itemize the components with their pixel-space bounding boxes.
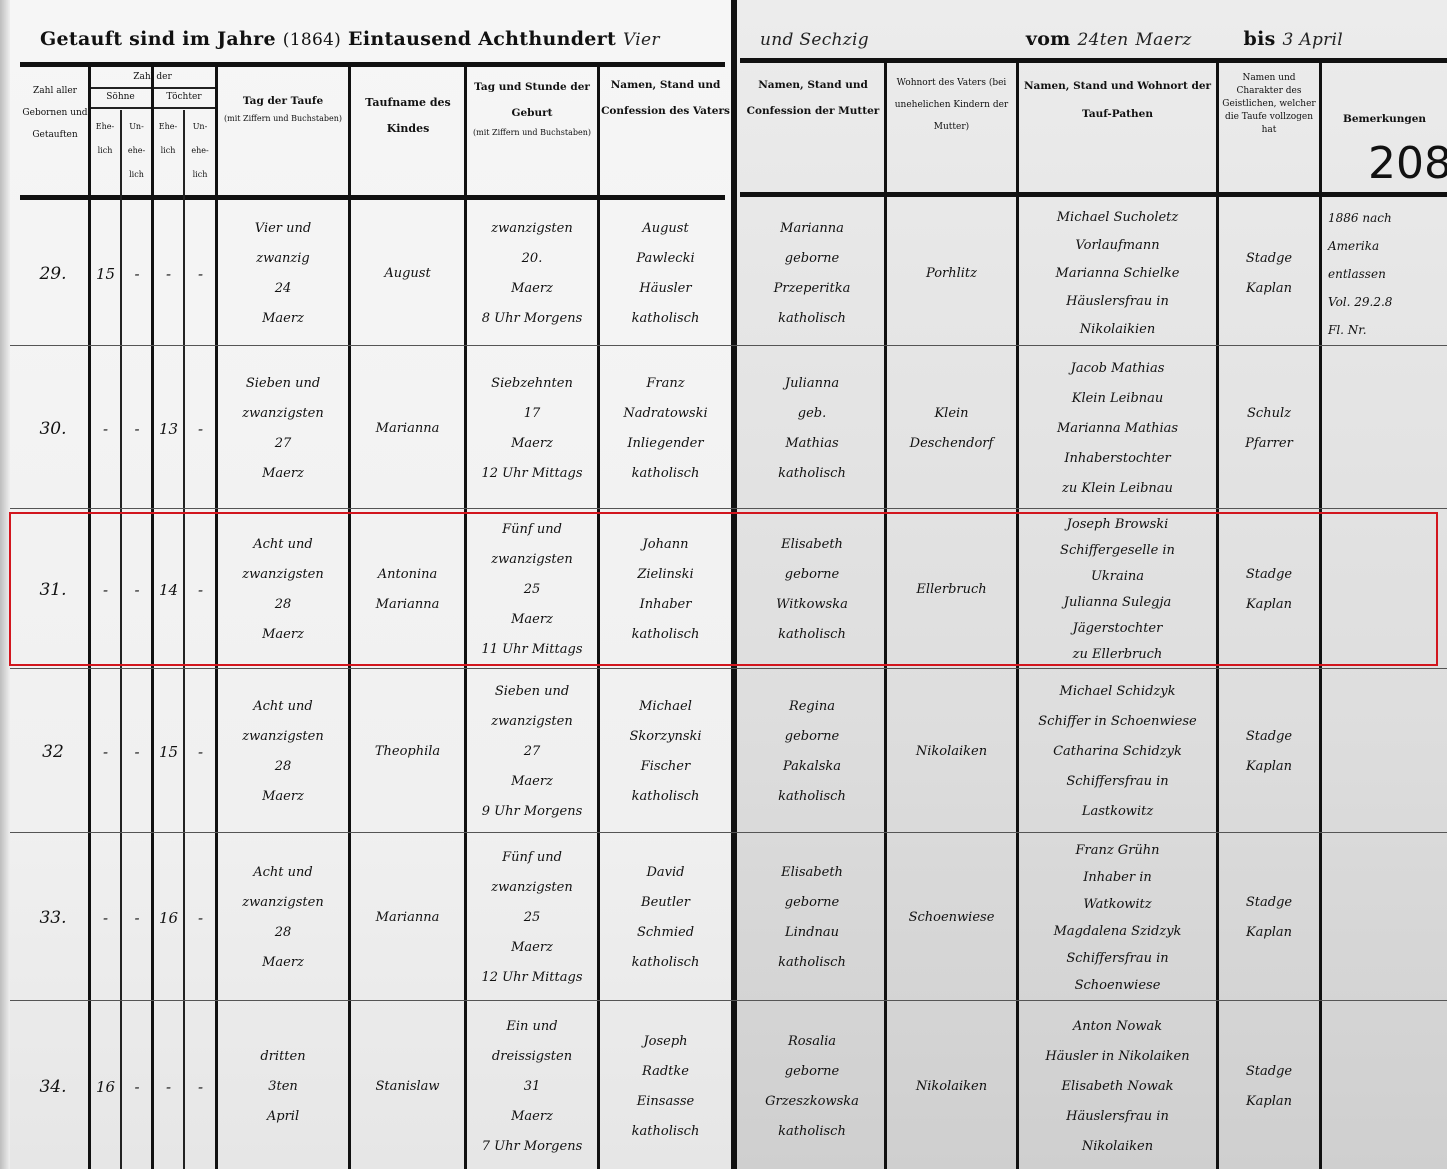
entry-vater-line: David xyxy=(600,858,731,888)
col-divider xyxy=(120,110,122,1169)
entry-bemerkungen xyxy=(1322,836,1447,1000)
entry-wohnort: Nikolaiken xyxy=(887,672,1016,832)
entry-no: 32 xyxy=(18,672,88,832)
entry-mutter-line: katholisch xyxy=(740,459,884,489)
entry-mutter-line: Lindnau xyxy=(740,918,884,948)
entry-pathen-line: Catharina Schidzyk xyxy=(1019,737,1216,767)
entry-sohn-unehelich-line: - xyxy=(123,414,151,444)
entry-bemerkungen xyxy=(1322,1004,1447,1169)
entry-sohn-ehelich: - xyxy=(91,350,120,508)
range-from-month: Maerz xyxy=(1135,30,1191,50)
entry-pathen-line: Marianna Schielke xyxy=(1019,260,1216,288)
entry-tochter-unehelich: - xyxy=(186,350,215,508)
header-tag-der-geburt-sub: (mit Ziffern und Buchstaben) xyxy=(467,126,597,140)
header-top-rule-right xyxy=(740,58,1447,63)
row-separator xyxy=(10,1000,1447,1001)
entry-vater-line: Joseph xyxy=(600,1027,731,1057)
entry-mutter-line: katholisch xyxy=(740,1117,884,1147)
entry-pathen-line: Vorlaufmann xyxy=(1019,232,1216,260)
row-separator xyxy=(10,668,1447,669)
entry-geburt-line: 31 xyxy=(467,1072,597,1102)
entry-geistlicher-line: Kaplan xyxy=(1219,590,1319,620)
entry-vater-line: katholisch xyxy=(600,782,731,812)
entry-tochter-ehelich: 14 xyxy=(154,512,183,668)
entry-geistlicher-line: Kaplan xyxy=(1219,752,1319,782)
entry-tochter-unehelich: - xyxy=(186,672,215,832)
range-to-date: 3 April xyxy=(1283,30,1343,50)
entry-pathen-line: Schoenwiese xyxy=(1019,972,1216,999)
entry-pathen: Joseph BrowskiSchiffergeselle inUkrainaJ… xyxy=(1019,512,1216,668)
entry-sohn-unehelich: - xyxy=(123,202,151,345)
entry-wohnort-line: Ellerbruch xyxy=(887,575,1016,605)
entry-geburt-line: zwanzigsten xyxy=(467,707,597,737)
entry-vater: AugustPawleckiHäuslerkatholisch xyxy=(600,202,731,345)
entry-geburt: Siebzehnten17Maerz12 Uhr Mittags xyxy=(467,350,597,508)
entry-mutter-line: Mathias xyxy=(740,429,884,459)
entry-bemerkungen-line: Amerika xyxy=(1328,232,1447,260)
entry-pathen-line: Schiffersfrau in xyxy=(1019,767,1216,797)
entry-tochter-ehelich-line: 16 xyxy=(154,903,183,933)
entry-wohnort-line: Klein xyxy=(887,399,1016,429)
entry-sohn-ehelich-line: 16 xyxy=(91,1072,120,1102)
entry-taufe-line: zwanzigsten xyxy=(218,399,348,429)
header-tag-der-taufe-sub: (mit Ziffern und Buchstaben) xyxy=(218,112,348,126)
entry-pathen-line: Klein Leibnau xyxy=(1019,384,1216,414)
entry-vater-line: Fischer xyxy=(600,752,731,782)
entry-pathen-line: Inhaberstochter xyxy=(1019,444,1216,474)
entry-geburt-line: zwanzigsten xyxy=(467,545,597,575)
entry-geburt-line: Maerz xyxy=(467,933,597,963)
page-number: 208 xyxy=(1368,138,1447,189)
header-wohnort: Wohnort des Vaters (bei unehelichen Kind… xyxy=(887,72,1016,138)
entry-pathen-line: Marianna Mathias xyxy=(1019,414,1216,444)
entry-vater: JosephRadtkeEinsassekatholisch xyxy=(600,1004,731,1169)
entry-taufname-line: Marianna xyxy=(351,414,464,444)
entry-geistlicher: StadgeKaplan xyxy=(1219,1004,1319,1169)
entry-vater-line: Michael xyxy=(600,692,731,722)
entry-taufe-line: Maerz xyxy=(218,948,348,978)
entry-taufname: Stanislaw xyxy=(351,1004,464,1169)
entry-geistlicher: StadgeKaplan xyxy=(1219,672,1319,832)
entry-vater-line: Radtke xyxy=(600,1057,731,1087)
header-taufname: Taufname des Kindes xyxy=(352,90,464,142)
range-to-label: bis xyxy=(1244,28,1276,50)
header-soehne-ehelich: Ehe-lich xyxy=(90,115,120,163)
entry-sohn-unehelich-line: - xyxy=(123,1072,151,1102)
entry-sohn-ehelich: 15 xyxy=(91,202,120,345)
entry-pathen-line: Michael Sucholetz xyxy=(1019,204,1216,232)
range-from-label: vom xyxy=(1026,28,1071,50)
entry-taufe: Acht undzwanzigsten28Maerz xyxy=(218,836,348,1000)
entry-pathen-line: zu Klein Leibnau xyxy=(1019,474,1216,504)
entry-mutter-line: Witkowska xyxy=(740,590,884,620)
entry-vater-line: katholisch xyxy=(600,459,731,489)
entry-geburt-line: zwanzigsten xyxy=(467,873,597,903)
entry-tochter-unehelich-line: - xyxy=(186,259,215,289)
entry-sohn-ehelich: - xyxy=(91,672,120,832)
entry-bemerkungen xyxy=(1322,350,1447,508)
entry-pathen: Michael SucholetzVorlaufmannMarianna Sch… xyxy=(1019,202,1216,345)
entry-vater-line: Inhaber xyxy=(600,590,731,620)
entry-pathen-line: Lastkowitz xyxy=(1019,797,1216,827)
header-toechter-unehelich: Un-ehe-lich xyxy=(185,115,215,187)
entry-pathen-line: Schiffer in Schoenwiese xyxy=(1019,707,1216,737)
entry-mutter-line: geborne xyxy=(740,1057,884,1087)
entry-mutter-line: Rosalia xyxy=(740,1027,884,1057)
entry-sohn-unehelich: - xyxy=(123,1004,151,1169)
header-mutter: Namen, Stand und Confession der Mutter xyxy=(742,72,884,124)
entry-pathen-line: zu Ellerbruch xyxy=(1019,642,1216,668)
entry-pathen-line: Julianna Sulegja xyxy=(1019,590,1216,616)
range-from-day: 24ten xyxy=(1078,30,1129,50)
entry-geistlicher-line: Stadge xyxy=(1219,722,1319,752)
entry-pathen-line: Jacob Mathias xyxy=(1019,354,1216,384)
entry-tochter-ehelich-line: 15 xyxy=(154,737,183,767)
row-separator xyxy=(10,832,1447,833)
entry-no: 34. xyxy=(18,1004,88,1169)
entry-vater-line: katholisch xyxy=(600,1117,731,1147)
entry-mutter-line: Przeperitka xyxy=(740,274,884,304)
entry-vater-line: Inliegender xyxy=(600,429,731,459)
entry-taufe-line: zwanzigsten xyxy=(218,888,348,918)
entry-pathen-line: Michael Schidzyk xyxy=(1019,677,1216,707)
entry-sohn-ehelich: - xyxy=(91,836,120,1000)
entry-bemerkungen: 1886 nachAmerikaentlassenVol. 29.2.8Fl. … xyxy=(1322,202,1447,345)
entry-geburt-line: Fünf und xyxy=(467,515,597,545)
header-bottom-rule-right xyxy=(740,192,1447,197)
entry-vater: FranzNadratowskiInliegenderkatholisch xyxy=(600,350,731,508)
entry-tochter-unehelich: - xyxy=(186,1004,215,1169)
entry-vater-line: Pawlecki xyxy=(600,244,731,274)
entry-taufname: Marianna xyxy=(351,836,464,1000)
entry-geburt-line: 20. xyxy=(467,244,597,274)
entry-bemerkungen-line: 1886 nach xyxy=(1328,204,1447,232)
entry-no: 29. xyxy=(18,202,88,345)
entry-vater: MichaelSkorzynskiFischerkatholisch xyxy=(600,672,731,832)
row-separator xyxy=(10,345,1447,346)
entry-taufe: dritten3tenApril xyxy=(218,1004,348,1169)
title-handwritten-year-tail: und Sechzig xyxy=(760,30,869,50)
entry-tochter-ehelich-line: - xyxy=(154,259,183,289)
entry-taufe-line: 28 xyxy=(218,590,348,620)
entry-taufe-line: zwanzig xyxy=(218,244,348,274)
entry-no: 31. xyxy=(18,512,88,668)
entry-geburt: Ein unddreissigsten31Maerz7 Uhr Morgens xyxy=(467,1004,597,1169)
entry-geburt-line: 17 xyxy=(467,399,597,429)
header-tag-der-taufe-label: Tag der Taufe xyxy=(243,95,323,107)
entry-vater-line: Skorzynski xyxy=(600,722,731,752)
entry-geistlicher-line: Stadge xyxy=(1219,244,1319,274)
entry-pathen-line: Watkowitz xyxy=(1019,891,1216,918)
entry-geburt-line: 9 Uhr Morgens xyxy=(467,797,597,827)
entry-sohn-unehelich-line: - xyxy=(123,903,151,933)
entry-taufe-line: Maerz xyxy=(218,620,348,650)
entry-geistlicher: StadgeKaplan xyxy=(1219,202,1319,345)
title-year-words: Eintausend Achthundert xyxy=(348,28,616,50)
row-separator xyxy=(10,508,1447,509)
entry-wohnort: KleinDeschendorf xyxy=(887,350,1016,508)
entry-taufe-line: 27 xyxy=(218,429,348,459)
entry-bemerkungen xyxy=(1322,672,1447,832)
entry-taufe-line: April xyxy=(218,1102,348,1132)
title-handwritten-year: Vier xyxy=(623,30,660,50)
entry-taufe-line: Maerz xyxy=(218,304,348,334)
entry-geburt-line: Sieben und xyxy=(467,677,597,707)
entry-geistlicher-line: Kaplan xyxy=(1219,1087,1319,1117)
entry-no: 33. xyxy=(18,836,88,1000)
entry-mutter-line: katholisch xyxy=(740,304,884,334)
entry-vater-line: Einsasse xyxy=(600,1087,731,1117)
entry-no-line: 34. xyxy=(18,1072,88,1102)
entry-vater-line: katholisch xyxy=(600,620,731,650)
entry-wohnort-line: Schoenwiese xyxy=(887,903,1016,933)
entry-taufe: Sieben undzwanzigsten27Maerz xyxy=(218,350,348,508)
entry-taufname: AntoninaMarianna xyxy=(351,512,464,668)
entry-vater: DavidBeutlerSchmiedkatholisch xyxy=(600,836,731,1000)
entry-geburt-line: Maerz xyxy=(467,1102,597,1132)
entry-geburt-line: 27 xyxy=(467,737,597,767)
entry-geburt-line: Maerz xyxy=(467,274,597,304)
entry-vater-line: Johann xyxy=(600,530,731,560)
register-title: Getauft sind im Jahre (1864) Eintausend … xyxy=(40,28,660,50)
header-vater: Namen, Stand und Confession des Vaters xyxy=(600,72,731,124)
header-top-rule xyxy=(20,62,725,67)
entry-geburt-line: Ein und xyxy=(467,1012,597,1042)
entry-pathen-line: Magdalena Szidzyk xyxy=(1019,918,1216,945)
entry-taufe-line: dritten xyxy=(218,1042,348,1072)
entry-geburt-line: dreissigsten xyxy=(467,1042,597,1072)
entry-vater: JohannZielinskiInhaberkatholisch xyxy=(600,512,731,668)
entry-taufe-line: 24 xyxy=(218,274,348,304)
entry-pathen-line: Franz Grühn xyxy=(1019,837,1216,864)
entry-pathen: Jacob MathiasKlein LeibnauMarianna Mathi… xyxy=(1019,350,1216,508)
entry-pathen: Franz GrühnInhaber inWatkowitzMagdalena … xyxy=(1019,836,1216,1000)
entry-no-line: 33. xyxy=(18,903,88,933)
entry-taufname-line: Stanislaw xyxy=(351,1072,464,1102)
entry-sohn-unehelich: - xyxy=(123,512,151,668)
col-divider xyxy=(183,110,185,1169)
entry-wohnort-line: Deschendorf xyxy=(887,429,1016,459)
entry-sohn-ehelich-line: - xyxy=(91,575,120,605)
entry-tochter-ehelich: - xyxy=(154,1004,183,1169)
entry-sohn-ehelich-line: - xyxy=(91,903,120,933)
entry-taufe-line: Acht und xyxy=(218,530,348,560)
entry-wohnort: Schoenwiese xyxy=(887,836,1016,1000)
entry-geistlicher-line: Schulz xyxy=(1219,399,1319,429)
entry-pathen-line: Anton Nowak xyxy=(1019,1012,1216,1042)
entry-taufname-line: August xyxy=(351,259,464,289)
entry-geburt-line: 25 xyxy=(467,575,597,605)
entry-mutter-line: katholisch xyxy=(740,948,884,978)
entry-taufname-line: Antonina xyxy=(351,560,464,590)
entry-tochter-unehelich-line: - xyxy=(186,414,215,444)
entry-geistlicher: SchulzPfarrer xyxy=(1219,350,1319,508)
entry-no-line: 31. xyxy=(18,575,88,605)
entry-taufname-line: Marianna xyxy=(351,590,464,620)
entry-geburt-line: 8 Uhr Morgens xyxy=(467,304,597,334)
entry-pathen: Anton NowakHäusler in NikolaikenElisabet… xyxy=(1019,1004,1216,1169)
entry-sohn-ehelich: 16 xyxy=(91,1004,120,1169)
entry-geburt-line: 12 Uhr Mittags xyxy=(467,963,597,993)
header-pathen: Namen, Stand und Wohnort der Tauf-Pathen xyxy=(1019,72,1216,128)
entry-tochter-ehelich-line: - xyxy=(154,1072,183,1102)
entry-geburt-line: 25 xyxy=(467,903,597,933)
header-bemerkungen: Bemerkungen xyxy=(1322,108,1447,130)
entry-pathen-line: Häuslersfrau in xyxy=(1019,288,1216,316)
entry-no: 30. xyxy=(18,350,88,508)
entry-taufe-line: Maerz xyxy=(218,459,348,489)
entry-geburt-line: 12 Uhr Mittags xyxy=(467,459,597,489)
entry-geistlicher: StadgeKaplan xyxy=(1219,512,1319,668)
header-toechter-ehelich: Ehe-lich xyxy=(153,115,183,163)
entry-pathen-line: Schiffergeselle in xyxy=(1019,538,1216,564)
page-seam xyxy=(731,0,737,1169)
entry-pathen-line: Nikolaikien xyxy=(1019,316,1216,344)
entry-pathen-line: Elisabeth Nowak xyxy=(1019,1072,1216,1102)
entry-vater-line: Schmied xyxy=(600,918,731,948)
entry-geburt-line: zwanzigsten xyxy=(467,214,597,244)
entry-mutter-line: katholisch xyxy=(740,620,884,650)
entry-sohn-ehelich-line: - xyxy=(91,737,120,767)
entry-bemerkungen-line: entlassen xyxy=(1328,260,1447,288)
header-soehne: Söhne xyxy=(90,88,151,107)
entry-pathen: Michael SchidzykSchiffer in SchoenwieseC… xyxy=(1019,672,1216,832)
entry-taufe: Acht undzwanzigsten28Maerz xyxy=(218,672,348,832)
entry-taufe-line: Maerz xyxy=(218,782,348,812)
entry-sohn-ehelich-line: - xyxy=(91,414,120,444)
entry-geistlicher-line: Pfarrer xyxy=(1219,429,1319,459)
entry-mutter-line: Julianna xyxy=(740,369,884,399)
entry-sohn-unehelich: - xyxy=(123,672,151,832)
entry-vater-line: Häusler xyxy=(600,274,731,304)
entry-vater-line: Beutler xyxy=(600,888,731,918)
entry-sohn-unehelich-line: - xyxy=(123,737,151,767)
entry-taufe-line: Vier und xyxy=(218,214,348,244)
entry-vater-line: katholisch xyxy=(600,304,731,334)
entry-geburt: Fünf undzwanzigsten25Maerz11 Uhr Mittags xyxy=(467,512,597,668)
entry-taufname: Marianna xyxy=(351,350,464,508)
entry-mutter-line: Marianna xyxy=(740,214,884,244)
register-date-range: und Sechzig vom 24ten Maerz bis 3 April xyxy=(760,28,1343,50)
entry-mutter-line: Pakalska xyxy=(740,752,884,782)
entry-sohn-ehelich-line: 15 xyxy=(91,259,120,289)
entry-no-line: 32 xyxy=(18,737,88,767)
entry-mutter-line: geborne xyxy=(740,888,884,918)
entry-mutter-line: Regina xyxy=(740,692,884,722)
entry-geburt: Sieben undzwanzigsten27Maerz9 Uhr Morgen… xyxy=(467,672,597,832)
entry-taufname-line: Marianna xyxy=(351,903,464,933)
entry-mutter: ReginagebornePakalskakatholisch xyxy=(740,672,884,832)
entry-taufname: Theophila xyxy=(351,672,464,832)
entry-mutter: RosaliageborneGrzeszkowskakatholisch xyxy=(740,1004,884,1169)
entry-geburt-line: Maerz xyxy=(467,429,597,459)
header-tag-der-geburt-label: Tag und Stunde der Geburt xyxy=(474,81,590,119)
entry-tochter-ehelich: - xyxy=(154,202,183,345)
entry-mutter-line: Elisabeth xyxy=(740,530,884,560)
title-text: Getauft sind im Jahre xyxy=(40,28,276,50)
entry-pathen-line: Nikolaiken xyxy=(1019,1132,1216,1162)
entry-tochter-ehelich: 16 xyxy=(154,836,183,1000)
entry-taufe-line: 3ten xyxy=(218,1072,348,1102)
entry-taufe-line: zwanzigsten xyxy=(218,560,348,590)
entry-wohnort: Ellerbruch xyxy=(887,512,1016,668)
entry-tochter-ehelich-line: 13 xyxy=(154,414,183,444)
entry-mutter: MariannagebornePrzeperitkakatholisch xyxy=(740,202,884,345)
entry-tochter-unehelich: - xyxy=(186,512,215,668)
entry-no-line: 29. xyxy=(18,259,88,289)
entry-vater-line: katholisch xyxy=(600,948,731,978)
entry-geistlicher-line: Stadge xyxy=(1219,560,1319,590)
header-tag-der-taufe: Tag der Taufe (mit Ziffern und Buchstabe… xyxy=(218,90,348,126)
header-zahl-aller: Zahl aller Gebornen und Getauften xyxy=(22,80,88,146)
entry-tochter-ehelich: 13 xyxy=(154,350,183,508)
entry-taufname: August xyxy=(351,202,464,345)
entry-tochter-unehelich: - xyxy=(186,202,215,345)
header-zahl-der: Zahl der xyxy=(90,68,215,87)
entry-mutter-line: geborne xyxy=(740,722,884,752)
entry-sohn-unehelich-line: - xyxy=(123,575,151,605)
entry-wohnort: Porhlitz xyxy=(887,202,1016,345)
title-year: (1864) xyxy=(283,30,341,50)
entry-tochter-unehelich-line: - xyxy=(186,903,215,933)
entry-taufe-line: Acht und xyxy=(218,692,348,722)
entry-mutter-line: geborne xyxy=(740,560,884,590)
entry-sohn-unehelich: - xyxy=(123,350,151,508)
entry-pathen-line: Inhaber in xyxy=(1019,864,1216,891)
entry-sohn-unehelich: - xyxy=(123,836,151,1000)
entry-wohnort-line: Nikolaiken xyxy=(887,737,1016,767)
entry-bemerkungen xyxy=(1322,512,1447,668)
header-soehne-unehelich: Un-ehe-lich xyxy=(122,115,151,187)
entry-bemerkungen-line: Fl. Nr. xyxy=(1328,316,1447,344)
entry-pathen-line: Schiffersfrau in xyxy=(1019,945,1216,972)
entry-wohnort-line: Porhlitz xyxy=(887,259,1016,289)
entry-mutter: Juliannageb.Mathiaskatholisch xyxy=(740,350,884,508)
header-toechter: Töchter xyxy=(153,88,215,107)
entry-mutter: ElisabethgeborneWitkowskakatholisch xyxy=(740,512,884,668)
entry-mutter-line: Grzeszkowska xyxy=(740,1087,884,1117)
entry-geistlicher-line: Stadge xyxy=(1219,1057,1319,1087)
entry-geistlicher: StadgeKaplan xyxy=(1219,836,1319,1000)
entry-pathen-line: Jägerstochter xyxy=(1019,616,1216,642)
entry-wohnort-line: Nikolaiken xyxy=(887,1072,1016,1102)
entry-geburt: zwanzigsten20.Maerz8 Uhr Morgens xyxy=(467,202,597,345)
entry-tochter-unehelich: - xyxy=(186,836,215,1000)
entry-tochter-ehelich-line: 14 xyxy=(154,575,183,605)
entry-pathen-line: Häuslersfrau in xyxy=(1019,1102,1216,1132)
header-tag-der-geburt: Tag und Stunde der Geburt (mit Ziffern u… xyxy=(467,74,597,140)
entry-vater-line: Franz xyxy=(600,369,731,399)
entry-taufname-line: Theophila xyxy=(351,737,464,767)
entry-geburt-line: 7 Uhr Morgens xyxy=(467,1132,597,1162)
entry-geburt: Fünf undzwanzigsten25Maerz12 Uhr Mittags xyxy=(467,836,597,1000)
header-geistlicher: Namen und Charakter des Geistlichen, wel… xyxy=(1219,72,1319,137)
entry-sohn-ehelich: - xyxy=(91,512,120,668)
entry-geburt-line: Maerz xyxy=(467,767,597,797)
entry-sohn-unehelich-line: - xyxy=(123,259,151,289)
entry-geburt-line: Siebzehnten xyxy=(467,369,597,399)
entry-tochter-unehelich-line: - xyxy=(186,737,215,767)
entry-wohnort: Nikolaiken xyxy=(887,1004,1016,1169)
entry-geburt-line: Maerz xyxy=(467,605,597,635)
entry-taufe-line: 28 xyxy=(218,752,348,782)
entry-mutter: ElisabethgeborneLindnaukatholisch xyxy=(740,836,884,1000)
entry-bemerkungen-line: Vol. 29.2.8 xyxy=(1328,288,1447,316)
entry-vater-line: Zielinski xyxy=(600,560,731,590)
entry-taufe: Acht undzwanzigsten28Maerz xyxy=(218,512,348,668)
entry-vater-line: August xyxy=(600,214,731,244)
entry-pathen-line: Häusler in Nikolaiken xyxy=(1019,1042,1216,1072)
